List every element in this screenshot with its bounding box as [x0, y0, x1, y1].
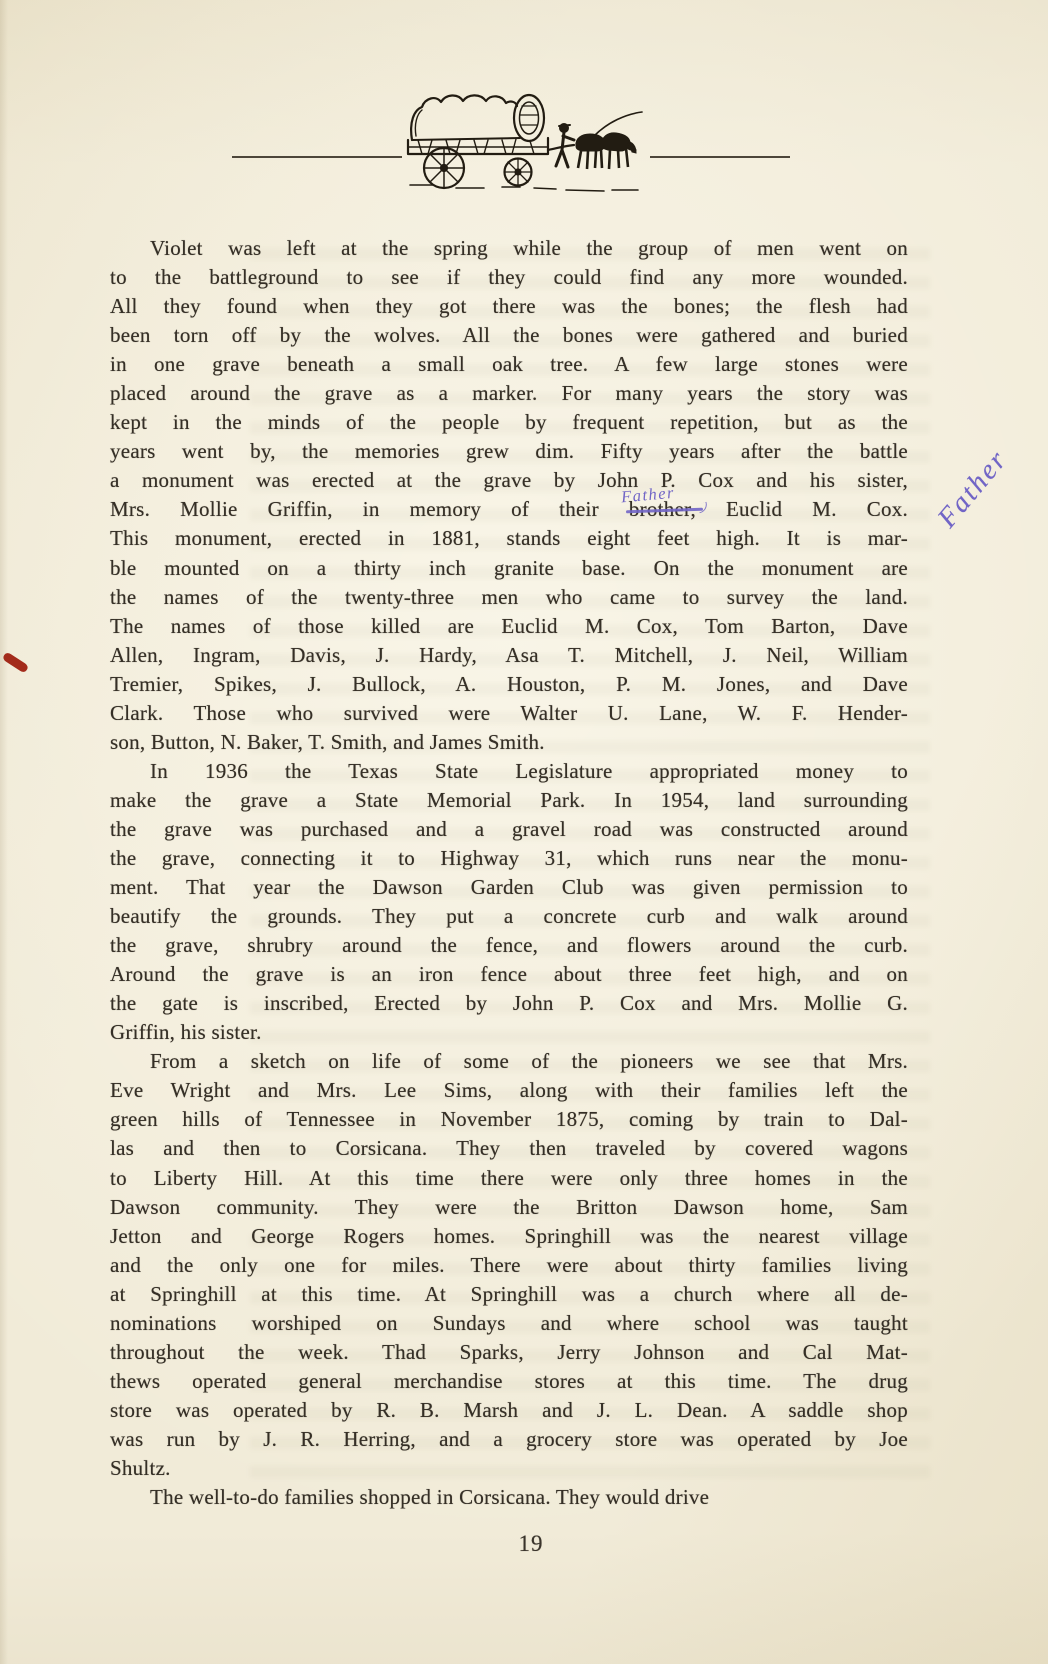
page-number: 19: [0, 1531, 1048, 1557]
divider-rule-left: [232, 156, 402, 158]
text-line: and the only one for miles. There were a…: [110, 1251, 908, 1280]
text-line: Around the grave is an iron fence about …: [110, 960, 908, 989]
text-line: Allen, Ingram, Davis, J. Hardy, Asa T. M…: [110, 641, 908, 670]
text-line: to Liberty Hill. At this time there were…: [110, 1164, 908, 1193]
paragraph: Violet was left at the spring while the …: [110, 234, 908, 757]
text-line: a monument was erected at the grave by J…: [110, 466, 908, 495]
text-line: From a sketch on life of some of the pio…: [110, 1047, 908, 1076]
text-line: green hills of Tennessee in November 187…: [110, 1105, 908, 1134]
divider-rule-right: [650, 156, 790, 158]
text-line: been torn off by the wolves. All the bon…: [110, 321, 908, 350]
margin-annotation: Father: [932, 444, 1015, 534]
text-line: son, Button, N. Baker, T. Smith, and Jam…: [110, 728, 908, 757]
inline-annotation: Father: [620, 478, 676, 512]
text-line: ment. That year the Dawson Garden Club w…: [110, 873, 908, 902]
text-line: the grave was purchased and a gravel roa…: [110, 815, 908, 844]
text-line: placed around the grave as a marker. For…: [110, 379, 908, 408]
book-page: Violet was left at the spring while the …: [0, 0, 1048, 1664]
text-line: thews operated general merchandise store…: [110, 1367, 908, 1396]
text-line: to the battleground to see if they could…: [110, 263, 908, 292]
text-line: the names of the twenty-three men who ca…: [110, 583, 908, 612]
text-line: the grave, shrubry around the fence, and…: [110, 931, 908, 960]
text-line: Eve Wright and Mrs. Lee Sims, along with…: [110, 1076, 908, 1105]
text-line: Tremier, Spikes, J. Bullock, A. Houston,…: [110, 670, 908, 699]
paragraph: The well-to-do families shopped in Corsi…: [110, 1483, 908, 1512]
paragraph: From a sketch on life of some of the pio…: [110, 1047, 908, 1483]
text-line: The well-to-do families shopped in Corsi…: [110, 1483, 908, 1512]
text-line: Clark. Those who survived were Walter U.…: [110, 699, 908, 728]
chapter-ornament: [230, 88, 792, 198]
text-line: Mrs. Mollie Griffin, in memory of their …: [110, 495, 908, 524]
text-line: nominations worshiped on Sundays and whe…: [110, 1309, 908, 1338]
text-line: beautify the grounds. They put a concret…: [110, 902, 908, 931]
page-edge-shadow: [0, 0, 8, 1664]
text-line: years went by, the memories grew dim. Fi…: [110, 437, 908, 466]
text-line: in one grave beneath a small oak tree. A…: [110, 350, 908, 379]
text-line: ble mounted on a thirty inch granite bas…: [110, 554, 908, 583]
text-line: the gate is inscribed, Erected by John P…: [110, 989, 908, 1018]
text-line: was run by J. R. Herring, and a grocery …: [110, 1425, 908, 1454]
text-line: make the grave a State Memorial Park. In…: [110, 786, 908, 815]
page-text: Violet was left at the spring while the …: [110, 234, 908, 1512]
text-line: at Springhill at this time. At Springhil…: [110, 1280, 908, 1309]
text-line: Griffin, his sister.: [110, 1018, 908, 1047]
text-line: The names of those killed are Euclid M. …: [110, 612, 908, 641]
text-line: kept in the minds of the people by frequ…: [110, 408, 908, 437]
text-line: store was operated by R. B. Marsh and J.…: [110, 1396, 908, 1425]
text-line: In 1936 the Texas State Legislature appr…: [110, 757, 908, 786]
text-line: the grave, connecting it to Highway 31, …: [110, 844, 908, 873]
text-line: Shultz.: [110, 1454, 908, 1483]
covered-wagon-illustration: [398, 88, 650, 194]
text-line: Violet was left at the spring while the …: [110, 234, 908, 263]
text-line: las and then to Corsicana. They then tra…: [110, 1134, 908, 1163]
text-line: Jetton and George Rogers homes. Springhi…: [110, 1222, 908, 1251]
text-line: All they found when they got there was t…: [110, 292, 908, 321]
text-line: Dawson community. They were the Britton …: [110, 1193, 908, 1222]
text-line: This monument, erected in 1881, stands e…: [110, 524, 908, 553]
struck-word: brother,Father: [629, 497, 696, 521]
text-line: throughout the week. Thad Sparks, Jerry …: [110, 1338, 908, 1367]
paragraph: In 1936 the Texas State Legislature appr…: [110, 757, 908, 1047]
